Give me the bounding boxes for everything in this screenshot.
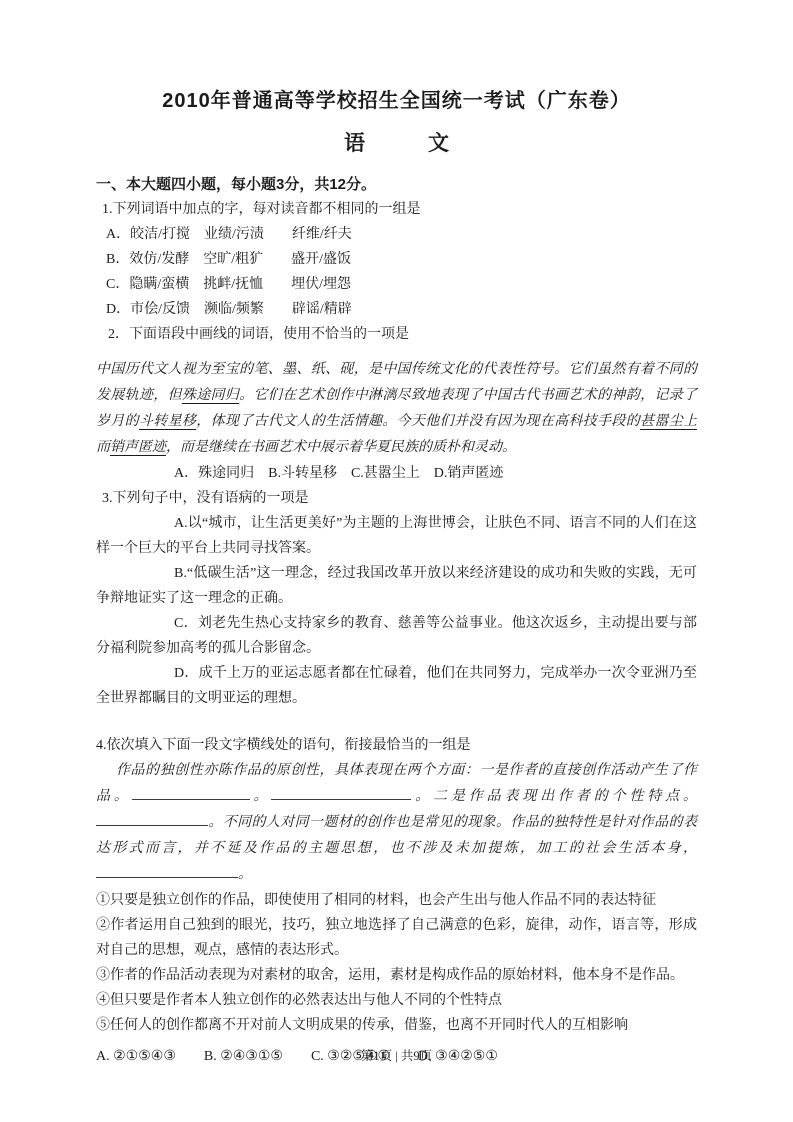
q4-passage-text-3: 。二是作品表现出作者的个性特点。 xyxy=(411,789,697,804)
q4-blank-line-3 xyxy=(96,811,208,826)
q4-blank-line-4 xyxy=(96,863,238,878)
q1-option-a: A．皎洁/打搅 业绩/污渍 纤维/纤夫 xyxy=(96,222,697,247)
exam-page: 2010年普通高等学校招生全国统一考试（广东卷） 语 文 一、本大题四小题，每小… xyxy=(0,0,793,1122)
page-footer: 第1页 | 共9页 xyxy=(0,1046,793,1064)
q4-item-2: ②作者运用自己独到的眼光，技巧，独立地选择了自己满意的色彩，旋律，动作，语言等，… xyxy=(96,913,697,963)
q2-underlined-idiom-4: 销声匿迹 xyxy=(110,440,166,455)
q3-option-d: D．成千上万的亚运志愿者都在忙碌着，他们在共同努力，完成举办一次令亚洲乃至全世界… xyxy=(96,661,697,711)
q2-passage-text-4: 而 xyxy=(96,440,110,455)
q1-stem: 1.下列词语中加点的字，每对读音都不相同的一组是 xyxy=(96,197,697,222)
q3-option-a: A.以“城市，让生活更美好”为主题的上海世博会，让肤色不同、语言不同的人们在这样… xyxy=(96,511,697,561)
q4-item-4: ④但只要是作者本人独立创作的必然表达出与他人不同的个性特点 xyxy=(96,988,697,1013)
section-1-header: 一、本大题四小题，每小题3分，共12分。 xyxy=(96,172,697,197)
q2-stem: 2．下面语段中画线的词语，使用不恰当的一项是 xyxy=(96,322,697,347)
q1-option-b: B．效仿/发酵 空旷/粗犷 盛开/盛饭 xyxy=(96,247,697,272)
q3-option-c: C．刘老先生热心支持家乡的教育、慈善等公益事业。他这次返乡，主动提出要与部分福利… xyxy=(96,611,697,661)
q4-passage-text-5: 。 xyxy=(238,867,252,882)
q2-passage: 中国历代文人视为至宝的笔、墨、纸、砚，是中国传统文化的代表性符号。它们虽然有着不… xyxy=(96,357,697,461)
q2-passage-text-3: ，体现了古代文人的生活情趣。今天他们并没有因为现在高科技手段的 xyxy=(196,414,640,429)
q4-stem: 4.依次填入下面一段文字横线处的语句，衔接最恰当的一组是 xyxy=(96,733,697,758)
q2-underlined-idiom-2: 斗转星移 xyxy=(139,414,196,429)
q3-stem: 3.下列句子中，没有语病的一项是 xyxy=(96,486,697,511)
page-title: 2010年普通高等学校招生全国统一考试（广东卷） xyxy=(96,88,697,114)
q4-passage: 作品的独创性亦陈作品的原创性，具体表现在两个方面：一是作者的直接创作活动产生了作… xyxy=(96,758,697,888)
q2-passage-text-5: ，而是继续在书画艺术中展示着华夏民族的质朴和灵动。 xyxy=(166,440,516,455)
q4-item-1: ①只要是独立创作的作品，即使使用了相同的材料，也会产生出与他人作品不同的表达特征 xyxy=(96,888,697,913)
q1-option-d: D．市侩/反馈 濒临/频繁 辟谣/精辟 xyxy=(96,297,697,322)
q2-underlined-idiom-1: 殊途同归 xyxy=(182,388,239,403)
q3-option-b: B.“低碳生活”这一理念，经过我国改革开放以来经济建设的成功和失败的实践，无可争… xyxy=(96,561,697,611)
q4-passage-text-2: 。 xyxy=(250,789,272,804)
q4-blank-line-2 xyxy=(271,785,411,800)
q4-blank-line-1 xyxy=(132,785,250,800)
q2-options-line: A．殊途同归 B.斗转星移 C.甚嚣尘上 D.销声匿迹 xyxy=(96,461,697,486)
subject-title: 语 文 xyxy=(96,130,697,158)
q1-option-c: C．隐瞒/蛮横 挑衅/抚恤 埋伏/埋怨 xyxy=(96,272,697,297)
q2-underlined-idiom-3: 甚嚣尘上 xyxy=(640,414,697,429)
q4-item-5: ⑤任何人的创作都离不开对前人文明成果的传承，借鉴，也离不开同时代人的互相影响 xyxy=(96,1013,697,1038)
q4-item-3: ③作者的作品活动表现为对素材的取舍，运用，素材是构成作品的原始材料，他本身不是作… xyxy=(96,963,697,988)
